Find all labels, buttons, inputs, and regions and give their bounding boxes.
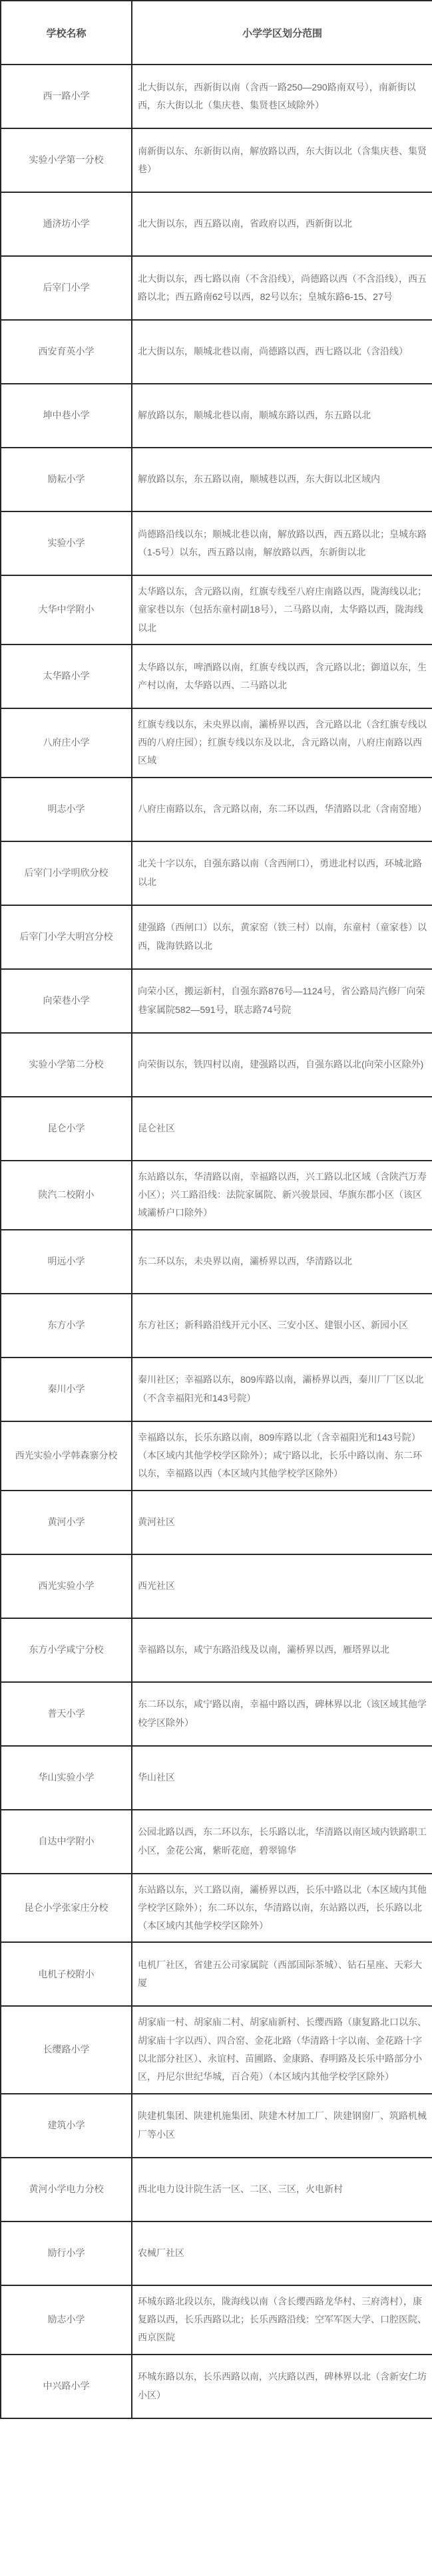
table-row: 西一路小学 北大街以东，西新街以南（含西一路250—290路南双号），南新街以西… bbox=[1, 65, 432, 128]
district-range-cell: 东二环以东，未央界以南，灞桥界以西，华清路以北 bbox=[132, 1230, 432, 1294]
school-name-cell: 八府庄小学 bbox=[1, 708, 132, 778]
school-name-cell: 后宰门小学 bbox=[1, 256, 132, 320]
district-range-cell: 农械厂社区 bbox=[132, 2221, 432, 2285]
district-range-cell: 昆仑社区 bbox=[132, 1097, 432, 1161]
district-range-cell: 幸福路以东，长乐东路以南，809库路以北（含幸福阳光和143号院）（本区域内其他… bbox=[132, 1421, 432, 1491]
table-row: 实验小学 尚德路沿线以东；顺城北巷以南，解放路以西，西五路以北；皇城东路（1-5… bbox=[1, 511, 432, 575]
table-row: 华山实验小学 华山社区 bbox=[1, 1746, 432, 1810]
school-name-cell: 励耘小学 bbox=[1, 448, 132, 511]
district-range-cell: 太华路以东，含元路以南，红旗专线至八府庄南路以西，陇海线以北；童家巷以东（包括东… bbox=[132, 575, 432, 644]
school-name-cell: 实验小学 bbox=[1, 511, 132, 575]
district-range-cell: 北大街以东，顺城北巷以南，尚德路以西，西七路以北（含沿线） bbox=[132, 320, 432, 384]
school-name-cell: 东方小学 bbox=[1, 1294, 132, 1358]
table-row: 八府庄小学 红旗专线以东，未央界以南，灞桥界以西，含元路以北（含红旗专线以西的八… bbox=[1, 708, 432, 778]
school-name-cell: 建筑小学 bbox=[1, 2094, 132, 2158]
table-row: 向荣巷小学 向荣小区，搬运新村，自强东路876号—1124号，省公路局汽修厂向荣… bbox=[1, 969, 432, 1033]
school-district-table: 学校名称 小学学区划分范围 西一路小学 北大街以东，西新街以南（含西一路250—… bbox=[0, 0, 432, 2419]
school-name-cell: 华山实验小学 bbox=[1, 1746, 132, 1810]
table-row: 西安育英小学 北大街以东，顺城北巷以南，尚德路以西，西七路以北（含沿线） bbox=[1, 320, 432, 384]
table-row: 励耘小学 解放路以东，东五路以南，顺城巷以西，东大街以北区域内 bbox=[1, 448, 432, 511]
district-range-cell: 黄河社区 bbox=[132, 1491, 432, 1554]
table-row: 西光实验小学韩森寨分校 幸福路以东，长乐东路以南，809库路以北（含幸福阳光和1… bbox=[1, 1421, 432, 1491]
table-row: 中兴路小学 环城东路以东，长乐西路以南，兴庆路以西，碑林界以北（含新安仁坊小区） bbox=[1, 2355, 432, 2418]
school-name-cell: 黄河小学 bbox=[1, 1491, 132, 1554]
district-range-cell: 公园北路以西，东二环以东，长乐路以北，华清路以南区域内铁路职工小区，金花公寓，紫… bbox=[132, 1810, 432, 1874]
table-row: 昆仑小学张家庄分校 东站路以东，兴工路以南，灞桥界以西，长乐中路以北（本区域内其… bbox=[1, 1874, 432, 1943]
school-name-cell: 中兴路小学 bbox=[1, 2355, 132, 2418]
table-row: 普天小学 东二环以东，咸宁路以南，幸福中路以西，碑林界以北（该区域其他学校学区除… bbox=[1, 1682, 432, 1746]
table-row: 西光实验小学 西光社区 bbox=[1, 1554, 432, 1618]
table-row: 陕汽二校附小 东站路以东，华清路以南，幸福路以西，兴工路以北区域（含陕汽万寿小区… bbox=[1, 1161, 432, 1230]
table-header: 学校名称 小学学区划分范围 bbox=[1, 1, 432, 65]
district-range-cell: 向荣街以东，铁四村以南，建强路以西，自强东路以北(向荣小区除外) bbox=[132, 1033, 432, 1097]
table-row: 太华路小学 太华路以东，啤酒路以南，红旗专线以西，含元路以北；御道以东，生产村以… bbox=[1, 644, 432, 708]
school-name-cell: 秦川小学 bbox=[1, 1358, 132, 1421]
school-name-cell: 太华路小学 bbox=[1, 644, 132, 708]
school-name-cell: 陕汽二校附小 bbox=[1, 1161, 132, 1230]
district-range-cell: 东方社区；新科路沿线开元小区、三安小区、建银小区、新园小区 bbox=[132, 1294, 432, 1358]
table-row: 建筑小学 陕建机集团、陕建机施集团、陕建木材加工厂、陕建钢窗厂、筑路机械厂等小区 bbox=[1, 2094, 432, 2158]
district-range-cell: 西北电力设计院生活一区、二区、三区，火电新村 bbox=[132, 2158, 432, 2221]
school-name-cell: 明志小学 bbox=[1, 778, 132, 841]
district-range-cell: 解放路以东，顺城北巷以南，顺城东路以西，东五路以北 bbox=[132, 384, 432, 448]
school-name-cell: 实验小学第二分校 bbox=[1, 1033, 132, 1097]
school-name-cell: 西安育英小学 bbox=[1, 320, 132, 384]
table-row: 昆仑小学 昆仑社区 bbox=[1, 1097, 432, 1161]
table-row: 实验小学第一分校 南新街以东、东新街以南，解放路以西，东大街以北（含集庆巷、集贤… bbox=[1, 128, 432, 192]
school-name-cell: 长缨路小学 bbox=[1, 2006, 132, 2093]
district-range-cell: 南新街以东、东新街以南，解放路以西，东大街以北（含集庆巷、集贤巷） bbox=[132, 128, 432, 192]
district-range-cell: 尚德路沿线以东；顺城北巷以南，解放路以西，西五路以北；皇城东路（1-5号）以东，… bbox=[132, 511, 432, 575]
district-range-cell: 北大街以东，西五路以南，省政府以西，西新街以北 bbox=[132, 192, 432, 256]
school-name-cell: 东方小学咸宁分校 bbox=[1, 1618, 132, 1682]
table-row: 实验小学第二分校 向荣街以东，铁四村以南，建强路以西，自强东路以北(向荣小区除外… bbox=[1, 1033, 432, 1097]
table-row: 自达中学附小 公园北路以西，东二环以东，长乐路以北，华清路以南区域内铁路职工小区… bbox=[1, 1810, 432, 1874]
school-name-cell: 励行小学 bbox=[1, 2221, 132, 2285]
header-district-range: 小学学区划分范围 bbox=[132, 1, 432, 65]
district-range-cell: 北大街以东，西七路以南（不含沿线），尚德路以西（不含沿线），西五路以北；西五路南… bbox=[132, 256, 432, 320]
school-name-cell: 后宰门小学明欣分校 bbox=[1, 841, 132, 905]
school-name-cell: 黄河小学电力分校 bbox=[1, 2158, 132, 2221]
school-name-cell: 后宰门小学大明宫分校 bbox=[1, 905, 132, 969]
school-name-cell: 西光实验小学 bbox=[1, 1554, 132, 1618]
table-row: 电机子校附小 电机厂社区，省建五公司家属院（西部国际茶城）、钻石星座、天彩大厦 bbox=[1, 1942, 432, 2006]
header-school-name: 学校名称 bbox=[1, 1, 132, 65]
district-range-cell: 北大街以东，西新街以南（含西一路250—290路南双号），南新街以西，东大街以北… bbox=[132, 65, 432, 128]
school-name-cell: 西一路小学 bbox=[1, 65, 132, 128]
table-row: 大华中学附小 太华路以东，含元路以南，红旗专线至八府庄南路以西，陇海线以北；童家… bbox=[1, 575, 432, 644]
district-range-cell: 胡家庙一村、胡家庙二村、胡家庙新村、长缨西路（康复路北口以东、胡家庙十字以西）、… bbox=[132, 2006, 432, 2093]
district-range-cell: 华山社区 bbox=[132, 1746, 432, 1810]
district-range-cell: 八府庄南路以东，含元路以南，东二环以西，华清路以北（含南窑地） bbox=[132, 778, 432, 841]
district-range-cell: 陕建机集团、陕建机施集团、陕建木材加工厂、陕建钢窗厂、筑路机械厂等小区 bbox=[132, 2094, 432, 2158]
school-name-cell: 励志小学 bbox=[1, 2285, 132, 2355]
district-range-cell: 红旗专线以东，未央界以南，灞桥界以西，含元路以北（含红旗专线以西的八府庄园）；红… bbox=[132, 708, 432, 778]
district-range-cell: 幸福路以东，咸宁东路沿线及以南，灞桥界以西，雁塔界以北 bbox=[132, 1618, 432, 1682]
school-name-cell: 昆仑小学 bbox=[1, 1097, 132, 1161]
header-row: 学校名称 小学学区划分范围 bbox=[1, 1, 432, 65]
school-name-cell: 普天小学 bbox=[1, 1682, 132, 1746]
table-row: 后宰门小学 北大街以东，西七路以南（不含沿线），尚德路以西（不含沿线），西五路以… bbox=[1, 256, 432, 320]
table-row: 长缨路小学 胡家庙一村、胡家庙二村、胡家庙新村、长缨西路（康复路北口以东、胡家庙… bbox=[1, 2006, 432, 2093]
district-range-cell: 东站路以东，兴工路以南，灞桥界以西，长乐中路以北（本区域内其他学校学区除外）；东… bbox=[132, 1874, 432, 1943]
table-row: 东方小学咸宁分校 幸福路以东，咸宁东路沿线及以南，灞桥界以西，雁塔界以北 bbox=[1, 1618, 432, 1682]
district-range-cell: 太华路以东，啤酒路以南，红旗专线以西，含元路以北；御道以东，生产村以南，太华路以… bbox=[132, 644, 432, 708]
table-row: 秦川小学 秦川社区；幸福路以东，809库路以南，灞桥界以西，秦川厂厂区以北（不含… bbox=[1, 1358, 432, 1421]
table-row: 东方小学 东方社区；新科路沿线开元小区、三安小区、建银小区、新园小区 bbox=[1, 1294, 432, 1358]
table-row: 励行小学 农械厂社区 bbox=[1, 2221, 432, 2285]
table-row: 后宰门小学大明宫分校 建强路（西闸口）以东，黄家窑（铁三村）以南，东童村（童家巷… bbox=[1, 905, 432, 969]
table-row: 明远小学 东二环以东，未央界以南，灞桥界以西，华清路以北 bbox=[1, 1230, 432, 1294]
district-range-cell: 电机厂社区，省建五公司家属院（西部国际茶城）、钻石星座、天彩大厦 bbox=[132, 1942, 432, 2006]
district-range-cell: 北关十字以东，自强东路以南（含西闸口），勇进北村以西，环城北路以北 bbox=[132, 841, 432, 905]
school-name-cell: 西光实验小学韩森寨分校 bbox=[1, 1421, 132, 1491]
school-name-cell: 电机子校附小 bbox=[1, 1942, 132, 2006]
table-row: 后宰门小学明欣分校 北关十字以东，自强东路以南（含西闸口），勇进北村以西，环城北… bbox=[1, 841, 432, 905]
district-range-cell: 东二环以东，咸宁路以南，幸福中路以西，碑林界以北（该区域其他学校学区除外） bbox=[132, 1682, 432, 1746]
school-name-cell: 大华中学附小 bbox=[1, 575, 132, 644]
school-name-cell: 明远小学 bbox=[1, 1230, 132, 1294]
table-row: 黄河小学 黄河社区 bbox=[1, 1491, 432, 1554]
district-range-cell: 秦川社区；幸福路以东，809库路以南，灞桥界以西，秦川厂厂区以北（不含幸福阳光和… bbox=[132, 1358, 432, 1421]
page: 学校名称 小学学区划分范围 西一路小学 北大街以东，西新街以南（含西一路250—… bbox=[0, 0, 432, 2419]
district-range-cell: 解放路以东，东五路以南，顺城巷以西，东大街以北区域内 bbox=[132, 448, 432, 511]
district-range-cell: 东站路以东，华清路以南，幸福路以西，兴工路以北区域（含陕汽万寿小区）；兴工路沿线… bbox=[132, 1161, 432, 1230]
table-row: 明志小学 八府庄南路以东，含元路以南，东二环以西，华清路以北（含南窑地） bbox=[1, 778, 432, 841]
school-name-cell: 自达中学附小 bbox=[1, 1810, 132, 1874]
school-name-cell: 实验小学第一分校 bbox=[1, 128, 132, 192]
district-range-cell: 环城东路以东，长乐西路以南，兴庆路以西，碑林界以北（含新安仁坊小区） bbox=[132, 2355, 432, 2418]
school-name-cell: 坤中巷小学 bbox=[1, 384, 132, 448]
table-row: 黄河小学电力分校 西北电力设计院生活一区、二区、三区，火电新村 bbox=[1, 2158, 432, 2221]
district-range-cell: 西光社区 bbox=[132, 1554, 432, 1618]
district-range-cell: 建强路（西闸口）以东，黄家窑（铁三村）以南，东童村（童家巷）以西，陇海铁路以北 bbox=[132, 905, 432, 969]
school-name-cell: 昆仑小学张家庄分校 bbox=[1, 1874, 132, 1943]
district-range-cell: 向荣小区，搬运新村，自强东路876号—1124号，省公路局汽修厂向荣巷家属院58… bbox=[132, 969, 432, 1033]
district-range-cell: 环城东路北段以东，陇海线以南（含长缨西路龙华村、三府湾村），康复路以西，长乐西路… bbox=[132, 2285, 432, 2355]
table-row: 坤中巷小学 解放路以东，顺城北巷以南，顺城东路以西，东五路以北 bbox=[1, 384, 432, 448]
table-row: 通济坊小学 北大街以东，西五路以南，省政府以西，西新街以北 bbox=[1, 192, 432, 256]
school-name-cell: 向荣巷小学 bbox=[1, 969, 132, 1033]
school-name-cell: 通济坊小学 bbox=[1, 192, 132, 256]
table-body: 西一路小学 北大街以东，西新街以南（含西一路250—290路南双号），南新街以西… bbox=[1, 65, 432, 2418]
table-row: 励志小学 环城东路北段以东，陇海线以南（含长缨西路龙华村、三府湾村），康复路以西… bbox=[1, 2285, 432, 2355]
